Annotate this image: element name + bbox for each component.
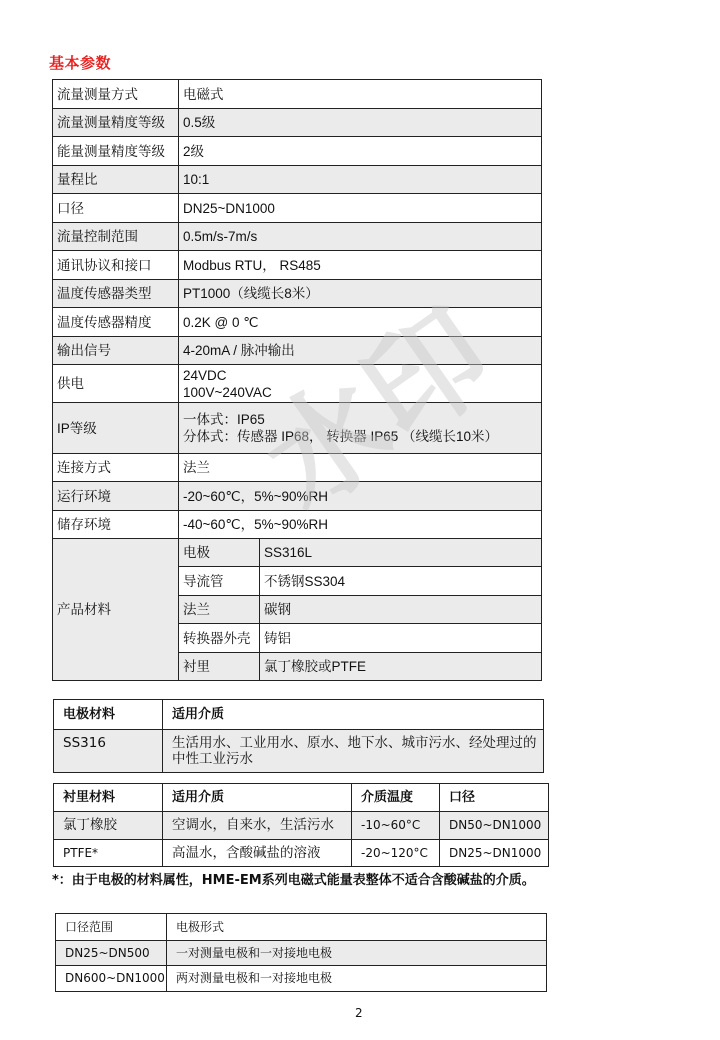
- param-value: PT1000（线缆长8米）: [179, 280, 542, 308]
- diameter-range: DN50~DN1000: [440, 812, 549, 840]
- param-value: -40~60℃，5%~90%RH: [179, 511, 542, 539]
- table-row: 能量测量精度等级2级: [53, 137, 542, 166]
- column-header: 衬里材料: [54, 784, 163, 812]
- table-row: 口径DN25~DN1000: [53, 194, 542, 223]
- table-row: PTFE*高温水，含酸碱盐的溶液-20~120°CDN25~DN1000: [54, 840, 549, 867]
- electrode-material-table: 电极材料适用介质 SS316生活用水、工业用水、原水、地下水、城市污水、经处理过…: [53, 699, 544, 773]
- table-row: DN600~DN1000两对测量电极和一对接地电极: [56, 966, 547, 992]
- table-row: 连接方式法兰: [53, 454, 542, 482]
- param-value: 法兰: [179, 454, 542, 482]
- param-label: 流量控制范围: [53, 223, 179, 251]
- electrode-form-table: 口径范围电极形式 DN25~DN500一对测量电极和一对接地电极 DN600~D…: [55, 913, 547, 992]
- table-row: 流量控制范围0.5m/s-7m/s: [53, 223, 542, 251]
- param-label: 温度传感器类型: [53, 280, 179, 308]
- table-row: 运行环境-20~60℃，5%~90%RH: [53, 482, 542, 511]
- lining-material: 氯丁橡胶: [54, 812, 163, 840]
- material-value: 氯丁橡胶或PTFE: [260, 653, 542, 681]
- material-value: 铸铝: [260, 624, 542, 653]
- material-part: 转换器外壳: [179, 624, 260, 653]
- param-label: 储存环境: [53, 511, 179, 539]
- param-value: 0.5级: [179, 109, 542, 137]
- table-row: DN25~DN500一对测量电极和一对接地电极: [56, 941, 547, 966]
- param-label: 温度传感器精度: [53, 308, 179, 337]
- material-part: 法兰: [179, 596, 260, 624]
- column-header: 电极形式: [167, 914, 547, 941]
- table-row: 量程比10:1: [53, 166, 542, 194]
- param-label: IP等级: [53, 403, 179, 454]
- param-value: 0.2K @ 0 ℃: [179, 308, 542, 337]
- param-label: 流量测量方式: [53, 80, 179, 109]
- column-header: 介质温度: [352, 784, 440, 812]
- param-value: 10:1: [179, 166, 542, 194]
- table-row: 流量测量方式电磁式: [53, 80, 542, 109]
- param-value: 0.5m/s-7m/s: [179, 223, 542, 251]
- lining-material-table: 衬里材料适用介质介质温度口径 氯丁橡胶空调水，自来水，生活污水-10~60°CD…: [53, 783, 549, 867]
- param-value: Modbus RTU， RS485: [179, 251, 542, 280]
- param-value: 2级: [179, 137, 542, 166]
- table-row: 氯丁橡胶空调水，自来水，生活污水-10~60°CDN50~DN1000: [54, 812, 549, 840]
- param-value: DN25~DN1000: [179, 194, 542, 223]
- material-part: 导流管: [179, 567, 260, 596]
- electrode-form: 一对测量电极和一对接地电极: [167, 941, 547, 966]
- param-label: 量程比: [53, 166, 179, 194]
- param-label: 能量测量精度等级: [53, 137, 179, 166]
- param-label: 连接方式: [53, 454, 179, 482]
- section-title: 基本参数: [49, 52, 111, 73]
- material-value: SS316L: [260, 539, 542, 567]
- table-row: 温度传感器精度0.2K @ 0 ℃: [53, 308, 542, 337]
- material-value: 碳钢: [260, 596, 542, 624]
- param-value: -20~60℃，5%~90%RH: [179, 482, 542, 511]
- table-header-row: 口径范围电极形式: [56, 914, 547, 941]
- value-line: 24VDC: [183, 367, 537, 384]
- material-value: 不锈钢SS304: [260, 567, 542, 596]
- footnote: *：由于电极的材料属性，HME-EM系列电磁式能量表整体不适合含酸碱盐的介质。: [52, 873, 542, 889]
- column-header: 口径: [440, 784, 549, 812]
- table-row: 供电24VDC100V~240VAC: [53, 365, 542, 403]
- param-label: 流量测量精度等级: [53, 109, 179, 137]
- media-temperature: -10~60°C: [352, 812, 440, 840]
- electrode-form: 两对测量电极和一对接地电极: [167, 966, 547, 992]
- param-label: 输出信号: [53, 337, 179, 365]
- diameter-range: DN600~DN1000: [56, 966, 167, 992]
- table-row: SS316生活用水、工业用水、原水、地下水、城市污水、经处理过的中性工业污水: [54, 730, 544, 773]
- table-row: IP等级一体式：IP65分体式：传感器 IP68， 转换器 IP65 （线缆长1…: [53, 403, 542, 454]
- material-part: 电极: [179, 539, 260, 567]
- diameter-range: DN25~DN1000: [440, 840, 549, 867]
- column-header: 适用介质: [163, 784, 352, 812]
- param-value: 电磁式: [179, 80, 542, 109]
- material-part: 衬里: [179, 653, 260, 681]
- diameter-range: DN25~DN500: [56, 941, 167, 966]
- applicable-media: 生活用水、工业用水、原水、地下水、城市污水、经处理过的中性工业污水: [163, 730, 544, 773]
- electrode-material: SS316: [54, 730, 163, 773]
- table-row: 输出信号4-20mA / 脉冲输出: [53, 337, 542, 365]
- param-value: 24VDC100V~240VAC: [179, 365, 542, 403]
- param-label: 运行环境: [53, 482, 179, 511]
- applicable-media: 高温水，含酸碱盐的溶液: [163, 840, 352, 867]
- table-header-row: 衬里材料适用介质介质温度口径: [54, 784, 549, 812]
- table-row: 储存环境-40~60℃，5%~90%RH: [53, 511, 542, 539]
- param-label: 口径: [53, 194, 179, 223]
- table-row: 通讯协议和接口Modbus RTU， RS485: [53, 251, 542, 280]
- column-header: 电极材料: [54, 700, 163, 730]
- param-label: 通讯协议和接口: [53, 251, 179, 280]
- media-temperature: -20~120°C: [352, 840, 440, 867]
- column-header: 适用介质: [163, 700, 544, 730]
- param-value: 4-20mA / 脉冲输出: [179, 337, 542, 365]
- page-number: 2: [355, 1006, 363, 1020]
- table-row: 流量测量精度等级0.5级: [53, 109, 542, 137]
- param-label: 供电: [53, 365, 179, 403]
- lining-material: PTFE*: [54, 840, 163, 867]
- table-row: 温度传感器类型PT1000（线缆长8米）: [53, 280, 542, 308]
- value-line: 100V~240VAC: [183, 384, 537, 401]
- param-value: 一体式：IP65分体式：传感器 IP68， 转换器 IP65 （线缆长10米）: [179, 403, 542, 454]
- value-line: 一体式：IP65: [183, 411, 537, 428]
- value-line: 分体式：传感器 IP68， 转换器 IP65 （线缆长10米）: [183, 428, 537, 445]
- column-header: 口径范围: [56, 914, 167, 941]
- table-row: 产品材料 电极 SS316L: [53, 539, 542, 567]
- table-header-row: 电极材料适用介质: [54, 700, 544, 730]
- param-label: 产品材料: [53, 539, 179, 681]
- applicable-media: 空调水，自来水，生活污水: [163, 812, 352, 840]
- basic-params-table: 流量测量方式电磁式 流量测量精度等级0.5级 能量测量精度等级2级 量程比10:…: [52, 79, 542, 681]
